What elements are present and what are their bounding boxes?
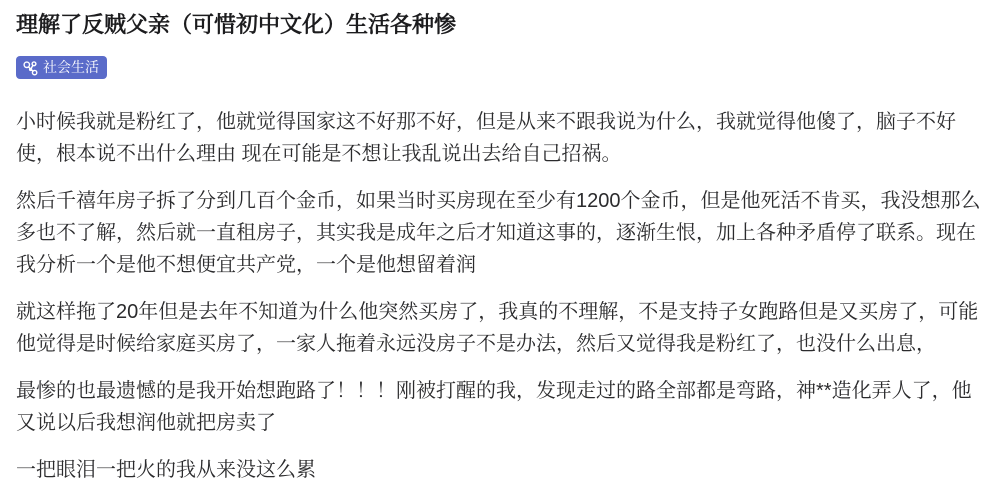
post-title: 理解了反贼父亲（可惜初中文化）生活各种惨 (16, 10, 986, 40)
category-tag-label: 社会生活 (43, 56, 99, 79)
network-nodes-icon-svg (22, 60, 38, 76)
post-page: 理解了反贼父亲（可惜初中文化）生活各种惨 社会生活 小时候我就是粉红了，他就觉得… (0, 0, 1000, 486)
category-tag[interactable]: 社会生活 (16, 56, 107, 79)
post-paragraph: 小时候我就是粉红了，他就觉得国家这不好那不好，但是从来不跟我说为什么，我就觉得他… (16, 106, 986, 170)
post-paragraph: 就这样拖了20年但是去年不知道为什么他突然买房了，我真的不理解，不是支持子女跑路… (16, 296, 986, 360)
post-paragraph: 最惨的也最遗憾的是我开始想跑路了！！！刚被打醒的我，发现走过的路全部都是弯路，神… (16, 375, 986, 439)
post-paragraph: 然后千禧年房子拆了分到几百个金币，如果当时买房现在至少有1200个金币，但是他死… (16, 185, 986, 281)
post-paragraph: 一把眼泪一把火的我从来没这么累 (16, 454, 986, 486)
network-nodes-icon (22, 60, 38, 76)
post-body: 小时候我就是粉红了，他就觉得国家这不好那不好，但是从来不跟我说为什么，我就觉得他… (16, 106, 986, 486)
